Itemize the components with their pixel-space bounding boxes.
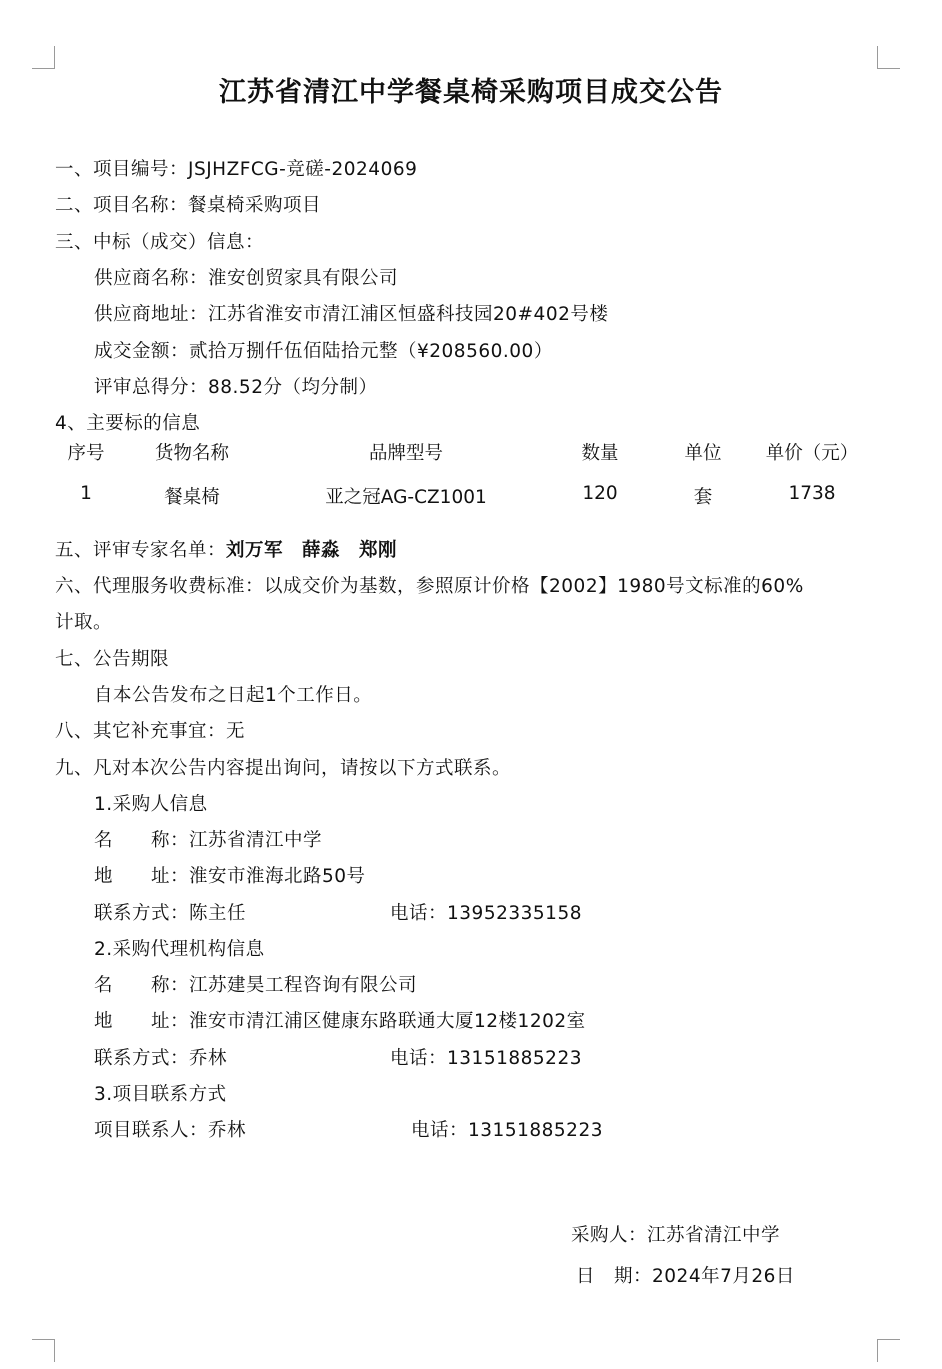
agency-contact: 联系方式：乔林: [94, 1044, 227, 1070]
header-goods-name: 货物名称: [142, 439, 242, 465]
header-index: 序号: [56, 439, 116, 465]
supplier-address: 供应商地址：江苏省淮安市清江浦区恒盛科技园20#402号楼: [94, 300, 608, 326]
corner-mark-bottom-left: [32, 1339, 55, 1362]
agency-info-heading: 2.采购代理机构信息: [94, 935, 265, 961]
expert-names: 刘万军 薛淼 郑刚: [226, 540, 397, 561]
signature-date-value: 2024年7月26日: [652, 1266, 795, 1287]
agency-phone-label: 电话：: [390, 1048, 447, 1069]
main-items-heading: 4、主要标的信息: [55, 409, 200, 435]
project-contact: 项目联系人：乔林: [94, 1116, 246, 1142]
purchaser-phone-label: 电话：: [390, 903, 447, 924]
agency-contact-value: 乔林: [189, 1048, 227, 1069]
corner-mark-top-right: [877, 46, 900, 69]
signature-purchaser-label: 采购人：: [571, 1225, 647, 1246]
signature-purchaser: 采购人：江苏省清江中学: [571, 1221, 780, 1247]
project-phone-value: 13151885223: [468, 1120, 603, 1141]
project-number: 一、项目编号：JSJHZFCG-竞磋-2024069: [55, 155, 417, 181]
header-unit: 单位: [668, 439, 738, 465]
cell-index: 1: [56, 483, 116, 504]
signature-date: 日 期：2024年7月26日: [576, 1262, 795, 1288]
agency-address-value: 淮安市清江浦区健康东路联通大厦12楼1202室: [189, 1011, 586, 1032]
project-phone-label: 电话：: [411, 1120, 468, 1141]
purchaser-contact-label: 联系方式：: [94, 903, 189, 924]
agency-name-value: 江苏建昊工程咨询有限公司: [189, 975, 417, 996]
header-quantity: 数量: [565, 439, 635, 465]
contact-heading: 九、凡对本次公告内容提出询问，请按以下方式联系。: [55, 754, 511, 780]
project-contact-label: 项目联系人：: [94, 1120, 208, 1141]
expert-list-label: 五、评审专家名单：: [55, 540, 226, 561]
award-info-heading: 三、中标（成交）信息：: [55, 228, 264, 254]
purchaser-contact: 联系方式：陈主任: [94, 899, 246, 925]
purchaser-contact-value: 陈主任: [189, 903, 246, 924]
project-name: 二、项目名称：餐桌椅采购项目: [55, 191, 321, 217]
deal-amount: 成交金额：贰拾万捌仟伍佰陆拾元整（¥208560.00）: [94, 337, 553, 363]
purchaser-address-value: 淮安市淮海北路50号: [189, 866, 366, 887]
header-unit-price: 单价（元）: [752, 439, 872, 465]
agency-name-label: 名 称：: [94, 975, 189, 996]
agency-contact-label: 联系方式：: [94, 1048, 189, 1069]
agency-phone: 电话：13151885223: [390, 1044, 582, 1070]
purchaser-info-heading: 1.采购人信息: [94, 790, 208, 816]
agency-address: 地 址：淮安市清江浦区健康东路联通大厦12楼1202室: [94, 1007, 586, 1033]
notice-period-detail: 自本公告发布之日起1个工作日。: [94, 681, 372, 707]
purchaser-address-label: 地 址：: [94, 866, 189, 887]
purchaser-name-label: 名 称：: [94, 830, 189, 851]
project-contact-value: 乔林: [208, 1120, 246, 1141]
signature-purchaser-value: 江苏省清江中学: [647, 1225, 780, 1246]
agency-fee-standard: 六、代理服务收费标准：以成交价为基数，参照原计价格【2002】1980号文标准的…: [55, 572, 804, 598]
corner-mark-bottom-right: [877, 1339, 900, 1362]
supplier-name: 供应商名称：淮安创贸家具有限公司: [94, 264, 398, 290]
cell-goods-name: 餐桌椅: [142, 483, 242, 509]
agency-fee-standard-cont: 计取。: [55, 608, 112, 634]
agency-name: 名 称：江苏建昊工程咨询有限公司: [94, 971, 417, 997]
corner-mark-top-left: [32, 46, 55, 69]
cell-quantity: 120: [565, 483, 635, 504]
expert-list: 五、评审专家名单：刘万军 薛淼 郑刚: [55, 536, 397, 562]
other-matters: 八、其它补充事宜：无: [55, 717, 245, 743]
cell-unit-price: 1738: [752, 483, 872, 504]
purchaser-phone: 电话：13952335158: [390, 899, 582, 925]
purchaser-name-value: 江苏省清江中学: [189, 830, 322, 851]
project-phone: 电话：13151885223: [411, 1116, 603, 1142]
signature-date-label: 日 期：: [576, 1266, 652, 1287]
notice-period-heading: 七、公告期限: [55, 645, 169, 671]
header-brand-model: 品牌型号: [336, 439, 476, 465]
agency-phone-value: 13151885223: [447, 1048, 582, 1069]
document-title: 江苏省清江中学餐桌椅采购项目成交公告: [0, 70, 942, 109]
purchaser-address: 地 址：淮安市淮海北路50号: [94, 862, 366, 888]
cell-unit: 套: [668, 483, 738, 509]
review-score: 评审总得分：88.52分（均分制）: [94, 373, 377, 399]
cell-brand-model: 亚之冠AG-CZ1001: [316, 483, 496, 509]
agency-address-label: 地 址：: [94, 1011, 189, 1032]
purchaser-name: 名 称：江苏省清江中学: [94, 826, 322, 852]
purchaser-phone-value: 13952335158: [447, 903, 582, 924]
project-contact-heading: 3.项目联系方式: [94, 1080, 227, 1106]
